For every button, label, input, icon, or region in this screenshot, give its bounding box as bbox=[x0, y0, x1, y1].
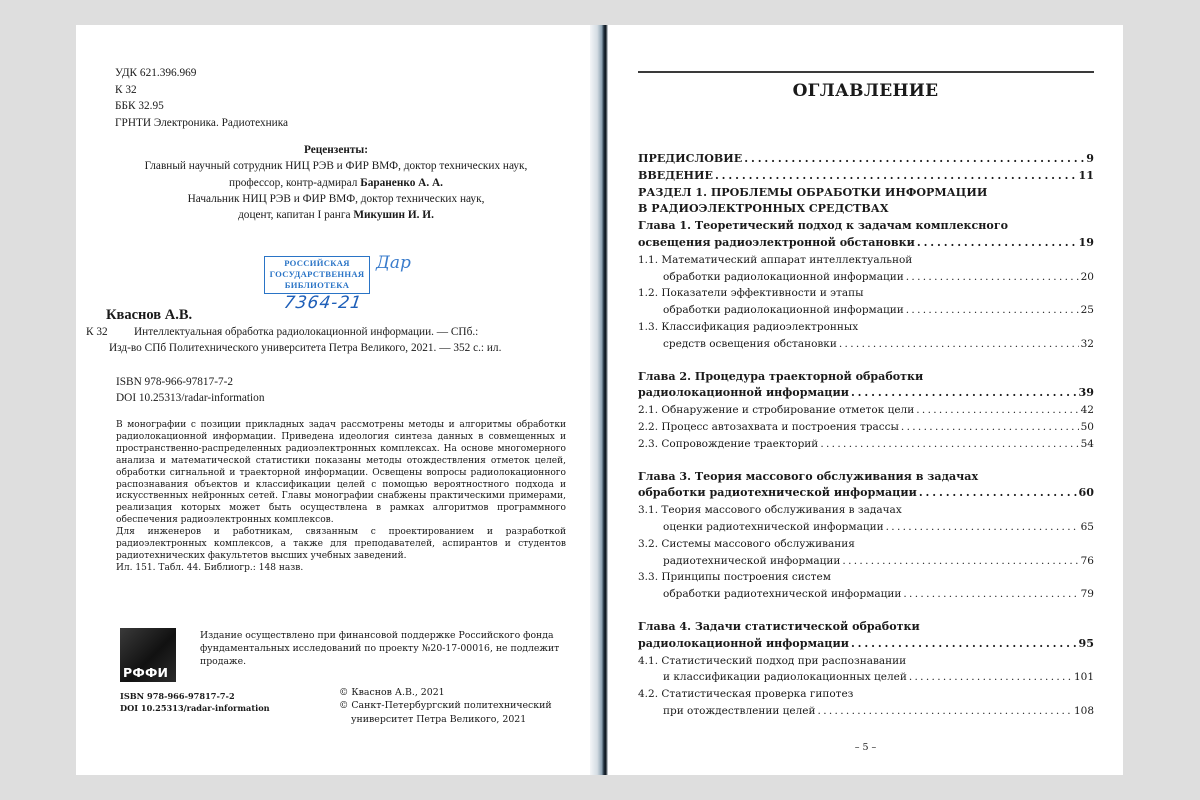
reviewer-1-name: Бараненко А. А. bbox=[360, 177, 443, 189]
toc-subsection-title: 1.2. Показатели эффективности и этапы bbox=[638, 285, 1094, 302]
record-code: К 32 bbox=[86, 325, 108, 341]
toc-entry-subsection[interactable]: и классификации радиолокационных целей10… bbox=[638, 669, 1094, 686]
toc-entry-subsection[interactable]: обработки радиолокационной информации20 bbox=[638, 269, 1094, 286]
header-rule bbox=[638, 71, 1094, 73]
toc-entry-subsection[interactable]: 2.3. Сопровождение траекторий54 bbox=[638, 436, 1094, 453]
toc-section-1-cont: В РАДИОЭЛЕКТРОННЫХ СРЕДСТВАХ bbox=[638, 201, 1094, 218]
toc-chapter-title: Глава 1. Теоретический подход к задачам … bbox=[638, 218, 1094, 235]
bottom-doi: DOI 10.25313/radar-information bbox=[120, 702, 270, 714]
book-spine bbox=[590, 25, 608, 775]
toc-subsection-title: 3.1. Теория массового обслуживания в зад… bbox=[638, 502, 1094, 519]
doi: DOI 10.25313/radar-information bbox=[116, 390, 264, 406]
toc-section-1: РАЗДЕЛ 1. ПРОБЛЕМЫ ОБРАБОТКИ ИНФОРМАЦИИ bbox=[638, 185, 1094, 202]
toc-chapter-title: Глава 4. Задачи статистической обработки bbox=[638, 619, 1094, 636]
right-page-toc: ОГЛАВЛЕНИЕ ПРЕДИСЛОВИЕ9 ВВЕДЕНИЕ11 РАЗДЕ… bbox=[608, 25, 1123, 775]
toc-entry-subsection[interactable]: при отождествлении целей108 bbox=[638, 703, 1094, 720]
toc-subsection-title: 4.1. Статистический подход при распознав… bbox=[638, 653, 1094, 670]
grnti-code: ГРНТИ Электроника. Радиотехника bbox=[115, 115, 288, 132]
reviewer-2-title: Начальник НИЦ РЭВ и ФИР ВМФ, доктор техн… bbox=[116, 191, 556, 207]
library-stamp: РОССИЙСКАЯ ГОСУДАРСТВЕННАЯ БИБЛИОТЕКА bbox=[264, 256, 370, 294]
bibliographic-codes: УДК 621.396.969 К 32 ББК 32.95 ГРНТИ Эле… bbox=[115, 65, 288, 131]
identifiers: ISBN 978-966-97817-7-2 DOI 10.25313/rada… bbox=[116, 374, 264, 406]
copyright-publisher: © Санкт-Петербургский политехнический bbox=[339, 699, 552, 712]
toc-subsection-title: 3.3. Принципы построения систем bbox=[638, 569, 1094, 586]
udk-code: УДК 621.396.969 bbox=[115, 65, 288, 82]
toc-chapter-title: Глава 3. Теория массового обслуживания в… bbox=[638, 469, 1094, 486]
page-number: – 5 – bbox=[608, 742, 1123, 753]
abstract: В монографии с позиции прикладных задач … bbox=[116, 420, 566, 575]
handwritten-note: Дар bbox=[376, 253, 411, 273]
reviewer-2-rank: доцент, капитан I ранга Микушин И. И. bbox=[116, 207, 556, 223]
reviewer-2-name: Микушин И. И. bbox=[353, 209, 434, 221]
toc-subsection-title: 1.1. Математический аппарат интеллектуал… bbox=[638, 252, 1094, 269]
toc-entry-preface[interactable]: ПРЕДИСЛОВИЕ9 bbox=[638, 151, 1094, 168]
reviewers-block: Рецензенты: Главный научный сотрудник НИ… bbox=[116, 142, 556, 223]
copyright-block: © Кваснов А.В., 2021 © Санкт-Петербургск… bbox=[339, 686, 552, 726]
handwritten-number: 7364-21 bbox=[283, 293, 364, 313]
reviewer-1-title: Главный научный сотрудник НИЦ РЭВ и ФИР … bbox=[116, 158, 556, 174]
record-title: Интеллектуальная обработка радиолокацион… bbox=[134, 325, 478, 341]
toc-title: ОГЛАВЛЕНИЕ bbox=[608, 81, 1123, 101]
toc-chapter-title: Глава 2. Процедура траекторной обработки bbox=[638, 369, 1094, 386]
audience-paragraph: Для инженеров и работникам, связанным с … bbox=[116, 527, 566, 563]
toc-entry-chapter-4[interactable]: радиолокационной информации95 bbox=[638, 636, 1094, 653]
bottom-isbn: ISBN 978-966-97817-7-2 bbox=[120, 690, 270, 702]
toc-chapters: Глава 1. Теоретический подход к задачам … bbox=[638, 218, 1094, 720]
bbk-code: ББК 32.95 bbox=[115, 98, 288, 115]
toc-subsection-title: 1.3. Классификация радиоэлектронных bbox=[638, 319, 1094, 336]
stats-line: Ил. 151. Табл. 44. Библиогр.: 148 назв. bbox=[116, 563, 566, 575]
toc-entry-subsection[interactable]: обработки радиолокационной информации25 bbox=[638, 302, 1094, 319]
reviewer-1-rank: профессор, контр-адмирал Бараненко А. А. bbox=[116, 175, 556, 191]
author-mark: К 32 bbox=[115, 82, 288, 99]
table-of-contents: ПРЕДИСЛОВИЕ9 ВВЕДЕНИЕ11 РАЗДЕЛ 1. ПРОБЛЕ… bbox=[638, 151, 1094, 720]
toc-entry-subsection[interactable]: радиотехнической информации76 bbox=[638, 553, 1094, 570]
isbn: ISBN 978-966-97817-7-2 bbox=[116, 374, 264, 390]
copyright-author: © Кваснов А.В., 2021 bbox=[339, 686, 552, 699]
toc-subsection-title: 4.2. Статистическая проверка гипотез bbox=[638, 686, 1094, 703]
toc-subsection-title: 3.2. Системы массового обслуживания bbox=[638, 536, 1094, 553]
toc-entry-chapter-1[interactable]: освещения радиоэлектронной обстановки19 bbox=[638, 235, 1094, 252]
toc-entry-subsection[interactable]: 2.1. Обнаружение и стробирование отметок… bbox=[638, 402, 1094, 419]
toc-entry-intro[interactable]: ВВЕДЕНИЕ11 bbox=[638, 168, 1094, 185]
toc-entry-subsection[interactable]: средств освещения обстановки32 bbox=[638, 336, 1094, 353]
toc-entry-subsection[interactable]: обработки радиотехнической информации79 bbox=[638, 586, 1094, 603]
abstract-paragraph: В монографии с позиции прикладных задач … bbox=[116, 420, 566, 527]
toc-entry-subsection[interactable]: 2.2. Процесс автозахвата и построения тр… bbox=[638, 419, 1094, 436]
toc-entry-chapter-3[interactable]: обработки радиотехнической информации60 bbox=[638, 485, 1094, 502]
toc-entry-chapter-2[interactable]: радиолокационной информации39 bbox=[638, 385, 1094, 402]
bottom-identifiers: ISBN 978-966-97817-7-2 DOI 10.25313/rada… bbox=[120, 690, 270, 714]
author-name: Кваснов А.В. bbox=[106, 307, 192, 324]
rffi-logo: РФФИ bbox=[120, 628, 176, 682]
reviewers-heading: Рецензенты: bbox=[116, 142, 556, 158]
left-page-copyright: УДК 621.396.969 К 32 ББК 32.95 ГРНТИ Эле… bbox=[76, 25, 590, 775]
record-publisher: Изд-во СПб Политехнического университета… bbox=[109, 341, 501, 357]
funding-note: Издание осуществлено при финансовой подд… bbox=[200, 629, 580, 668]
toc-entry-subsection[interactable]: оценки радиотехнической информации65 bbox=[638, 519, 1094, 536]
